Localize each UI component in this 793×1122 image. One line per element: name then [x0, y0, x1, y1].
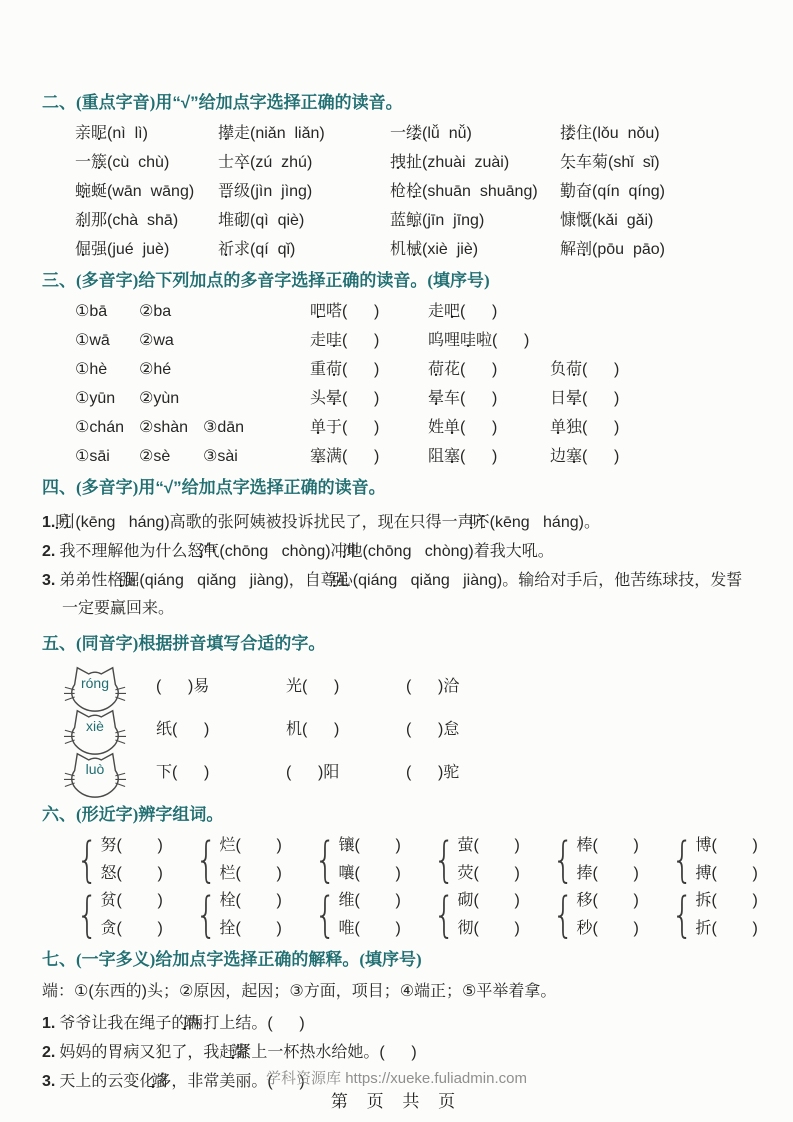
pair-words: 移( )秒( ) [577, 891, 639, 939]
pinyin-choice-grid: 亲昵(nì lì)撵走(niǎn liǎn)一缕(lǚ nǚ)搂住(lǒu nǒ… [42, 124, 753, 260]
sentence-number: 3. [42, 572, 55, 589]
pinyin-choice-item: 祈求(qí qǐ) [218, 240, 390, 260]
brace-icon: { [195, 891, 217, 939]
word-blank: 荷花( ) [428, 360, 550, 380]
dotted-character: 勤 [560, 182, 576, 202]
pinyin-option: ②wa [139, 331, 201, 351]
option-list: ①yūn②yùn [75, 389, 310, 409]
cat-pinyin-badge: xiè [64, 708, 126, 751]
dotted-character: 荷 [326, 360, 342, 380]
dotted-character: 祈 [218, 240, 234, 260]
compare-pair: {贫( )贪( ) [72, 891, 191, 939]
polyphone-rows: ①bā②ba吧嗒( )走吧( )①wā②wa走哇( )呜哩哇啦( )①hè②hé… [42, 302, 753, 467]
dotted-character: 拽 [390, 153, 406, 173]
pinyin-choice-item: 枪栓(shuān shuāng) [390, 182, 560, 202]
cat-pinyin-label: xiè [64, 718, 126, 734]
option-list: ①hè②hé [75, 360, 310, 380]
pair-words: 烂( )栏( ) [220, 836, 282, 884]
section-number: 二、 [42, 93, 76, 112]
word-blank: 塞满( ) [310, 447, 428, 467]
dotted-character: 蜿 [75, 182, 91, 202]
cat-pinyin-label: róng [64, 675, 126, 691]
dotted-character: 栓 [406, 182, 422, 202]
compare-pair: {棒( )捧( ) [548, 836, 667, 884]
pinyin-option: ③sài [203, 447, 265, 467]
dotted-character: 卒 [234, 153, 250, 173]
homophone-row: luò下( )( )阳( )驼 [42, 751, 753, 794]
pair-top-word: 努( ) [101, 836, 163, 856]
page-footer: 学科资源库 https://xueke.fuliadmin.com 第 页 共 … [0, 1068, 793, 1114]
word-blank: 边塞( ) [550, 447, 753, 467]
pair-bottom-word: 嚷( ) [339, 864, 401, 884]
pair-top-word: 砌( ) [458, 891, 520, 911]
dotted-character: 单 [550, 418, 566, 438]
compare-pair: {拆( )折( ) [667, 891, 786, 939]
section-suffix: (填序号) [359, 950, 421, 969]
brace-icon: { [314, 836, 336, 884]
fill-character-blank: 光( ) [286, 677, 406, 697]
section-tag: (重点字音) [76, 93, 155, 112]
pinyin-choice-item: 蜿蜒(wān wāng) [75, 182, 218, 202]
dotted-character: 砌 [234, 211, 250, 231]
dotted-character: 晕 [326, 389, 342, 409]
sentence-item: 1.引吭(kēng háng)高歌的张阿姨被投诉扰民了，现在只得一声不吭(kēn… [42, 509, 753, 537]
pair-top-word: 拆( ) [696, 891, 758, 911]
footer-source-link: 学科资源库 https://xueke.fuliadmin.com [0, 1068, 793, 1090]
dotted-character: 晕 [566, 389, 582, 409]
pair-top-word: 贫( ) [101, 891, 163, 911]
pinyin-choice-item: 刹那(chà shā) [75, 211, 218, 231]
sentence-number: 1. [42, 1015, 55, 1032]
brace-icon: { [76, 836, 98, 884]
word-blank: 重荷( ) [310, 360, 428, 380]
footer-page-label: 第 页 共 页 [0, 1090, 793, 1114]
pair-bottom-word: 彻( ) [458, 919, 520, 939]
dotted-character: 搂 [560, 124, 576, 144]
pair-top-word: 维( ) [339, 891, 401, 911]
pinyin-option: ②yùn [139, 389, 201, 409]
pair-bottom-word: 贪( ) [101, 919, 163, 939]
pinyin-choice-item: 勤奋(qín qíng) [560, 182, 753, 202]
pair-bottom-word: 折( ) [696, 919, 758, 939]
option-list: ①wā②wa [75, 331, 310, 351]
pair-top-word: 栓( ) [220, 891, 282, 911]
polyphone-row: ①yūn②yùn头晕( )晕车( )日晕( ) [42, 389, 753, 409]
pinyin-choice-item: 士卒(zú zhú) [218, 153, 390, 173]
polyphone-row: ①sāi②sè③sài塞满( )阻塞( )边塞( ) [42, 447, 753, 467]
sentence-list: 1.引吭(kēng háng)高歌的张阿姨被投诉扰民了，现在只得一声不吭(kēn… [42, 509, 753, 623]
pinyin-option: ①yūn [75, 389, 137, 409]
section-heading: 六、(形近字)辨字组词。 [42, 804, 753, 826]
dotted-character: 单 [444, 418, 460, 438]
pair-bottom-word: 荧( ) [458, 864, 520, 884]
dotted-character: 剖 [576, 240, 592, 260]
dotted-character: 撵 [218, 124, 234, 144]
dotted-character: 荷 [428, 360, 444, 380]
worksheet-page: 二、(重点字音)用“√”给加点字选择正确的读音。 亲昵(nì lì)撵走(niǎ… [0, 0, 793, 1122]
pair-words: 博( )搏( ) [696, 836, 758, 884]
pair-row: {努( )怒( ){烂( )栏( ){镶( )嚷( ){萤( )荧( ){棒( … [42, 836, 753, 884]
brace-icon: { [76, 891, 98, 939]
pair-bottom-word: 怒( ) [101, 864, 163, 884]
section-instruction: 给下列加点的多音字选择正确的读音。 [138, 271, 427, 290]
sentence-item: 3.弟弟性格倔强(qiáng qiǎng jiàng)，自尊心强(qiáng q… [42, 567, 753, 623]
pair-words: 砌( )彻( ) [458, 891, 520, 939]
pinyin-choice-item: 解剖(pōu pāo) [560, 240, 753, 260]
dotted-character: 刹 [75, 211, 91, 231]
compare-pair: {博( )搏( ) [667, 836, 786, 884]
pair-top-word: 镶( ) [339, 836, 401, 856]
sentence-number: 2. [42, 1044, 55, 1061]
section-similar-characters: 六、(形近字)辨字组词。 {努( )怒( ){烂( )栏( ){镶( )嚷( )… [42, 804, 753, 939]
pair-words: 棒( )捧( ) [577, 836, 639, 884]
pair-bottom-word: 秒( ) [577, 919, 639, 939]
pinyin-choice-item: 撵走(niǎn liǎn) [218, 124, 390, 144]
brace-icon: { [552, 891, 574, 939]
section-number: 六、 [42, 805, 76, 824]
pair-top-word: 萤( ) [458, 836, 520, 856]
fill-character-blank: ( )阳 [286, 763, 406, 783]
brace-icon: { [671, 836, 693, 884]
polyphone-row: ①wā②wa走哇( )呜哩哇啦( ) [42, 331, 753, 351]
section-heading: 四、(多音字)用“√”给加点字选择正确的读音。 [42, 477, 753, 499]
pair-top-word: 移( ) [577, 891, 639, 911]
section-polyphone-tick: 四、(多音字)用“√”给加点字选择正确的读音。 1.引吭(kēng háng)高… [42, 477, 753, 623]
pinyin-choice-item: 矢车菊(shǐ sǐ) [560, 153, 753, 173]
polyphone-row: ①bā②ba吧嗒( )走吧( ) [42, 302, 753, 322]
dotted-character: 昵 [91, 124, 107, 144]
pair-bottom-word: 栏( ) [220, 864, 282, 884]
section-homophones: 五、(同音字)根据拼音填写合适的字。 róng( )易光( )( )洽xiè纸(… [42, 633, 753, 794]
section-key-pronunciation: 二、(重点字音)用“√”给加点字选择正确的读音。 亲昵(nì lì)撵走(niǎ… [42, 92, 753, 260]
dotted-character: 吧 [444, 302, 460, 322]
dotted-character: 哇 [326, 331, 342, 351]
cat-pinyin-badge: róng [64, 665, 126, 708]
pinyin-choice-item: 倔强(jué juè) [75, 240, 218, 260]
cat-pinyin-label: luò [64, 761, 126, 777]
word-blank: 呜哩哇啦( ) [428, 331, 550, 351]
homophone-rows: róng( )易光( )( )洽xiè纸( )机( )( )怠luò下( )( … [42, 665, 753, 794]
pinyin-choice-item: 拽扯(zhuài zuài) [390, 153, 560, 173]
pinyin-choice-item: 一簇(cù chù) [75, 153, 218, 173]
brace-icon: { [433, 891, 455, 939]
dotted-character: 晕 [428, 389, 444, 409]
fill-character-blank: ( )洽 [406, 677, 753, 697]
section-tag: (一字多义) [76, 950, 155, 969]
sentence-item: 2.我不理解他为什么怒气冲(chōng chòng)冲地冲(chōng chòn… [42, 538, 753, 566]
dotted-character: 缕 [406, 124, 422, 144]
homophone-row: xiè纸( )机( )( )怠 [42, 708, 753, 751]
dotted-character: 慨 [576, 211, 592, 231]
compare-pair: {砌( )彻( ) [429, 891, 548, 939]
section-tag: (多音字) [76, 478, 138, 497]
pair-bottom-word: 唯( ) [339, 919, 401, 939]
option-list: ①bā②ba [75, 302, 310, 322]
brace-icon: { [433, 836, 455, 884]
brace-icon: { [671, 891, 693, 939]
section-heading: 七、(一字多义)给加点字选择正确的解释。(填序号) [42, 949, 753, 971]
homophone-row: róng( )易光( )( )洽 [42, 665, 753, 708]
option-list: ①chán②shàn③dān [75, 418, 310, 438]
word-blank: 走吧( ) [428, 302, 550, 322]
pair-bottom-word: 搏( ) [696, 864, 758, 884]
dotted-character: 倔 [75, 240, 91, 260]
section-number: 四、 [42, 478, 76, 497]
pinyin-option: ①bā [75, 302, 137, 322]
pinyin-option: ②sè [139, 447, 201, 467]
compare-pair: {维( )唯( ) [310, 891, 429, 939]
section-heading: 五、(同音字)根据拼音填写合适的字。 [42, 633, 753, 655]
section-tag: (同音字) [76, 634, 138, 653]
dotted-character: 矢 [560, 153, 576, 173]
brace-icon: { [552, 836, 574, 884]
polyphone-row: ①hè②hé重荷( )荷花( )负荷( ) [42, 360, 753, 380]
brace-icon: { [314, 891, 336, 939]
dotted-character: 塞 [310, 447, 326, 467]
pinyin-option: ②hé [139, 360, 201, 380]
section-instruction: 辨字组词。 [138, 805, 223, 824]
section-heading: 三、(多音字)给下列加点的多音字选择正确的读音。(填序号) [42, 270, 753, 292]
sentence-item: 1.爷爷让我在绳子的两端打上结。( ) [42, 1010, 753, 1038]
fill-character-blank: 下( ) [156, 763, 286, 783]
sentence-number: 2. [42, 543, 55, 560]
pinyin-option: ③dān [203, 418, 265, 438]
pinyin-option: ②shàn [139, 418, 201, 438]
dotted-character: 荷 [566, 360, 582, 380]
section-instruction: 给加点字选择正确的解释。 [155, 950, 359, 969]
dotted-character: 吧 [310, 302, 326, 322]
pair-top-word: 烂( ) [220, 836, 282, 856]
character-pair-rows: {努( )怒( ){烂( )栏( ){镶( )嚷( ){萤( )荧( ){棒( … [42, 836, 753, 939]
section-number: 五、 [42, 634, 76, 653]
brace-icon: { [195, 836, 217, 884]
dotted-character: 塞 [566, 447, 582, 467]
word-blank: 日晕( ) [550, 389, 753, 409]
dotted-character: 鲸 [406, 211, 422, 231]
pinyin-choice-item: 亲昵(nì lì) [75, 124, 218, 144]
pair-bottom-word: 拴( ) [220, 919, 282, 939]
pinyin-choice-item: 慷慨(kǎi gǎi) [560, 211, 753, 231]
section-polyphone-number: 三、(多音字)给下列加点的多音字选择正确的读音。(填序号) ①bā②ba吧嗒( … [42, 270, 753, 467]
dotted-character: 械 [406, 240, 422, 260]
pair-words: 拆( )折( ) [696, 891, 758, 939]
pinyin-option: ②ba [139, 302, 201, 322]
compare-pair: {栓( )拴( ) [191, 891, 310, 939]
compare-pair: {烂( )栏( ) [191, 836, 310, 884]
dotted-character: 哇 [460, 331, 476, 351]
word-blank: 单独( ) [550, 418, 753, 438]
word-blank: 吧嗒( ) [310, 302, 428, 322]
word-blank: 负荷( ) [550, 360, 753, 380]
section-instruction: 用“√”给加点字选择正确的读音。 [138, 478, 385, 497]
pinyin-option: ①chán [75, 418, 137, 438]
section-instruction: 用“√”给加点字选择正确的读音。 [155, 93, 402, 112]
compare-pair: {萤( )荧( ) [429, 836, 548, 884]
fill-character-blank: 机( ) [286, 720, 406, 740]
sentence-item: 2.妈妈的胃病又犯了，我赶紧端上一杯热水给她。( ) [42, 1039, 753, 1067]
definition-line: 端：①(东西的)头；②原因，起因；③方面，项目；④端正；⑤平举着拿。 [42, 981, 753, 1003]
fill-character-blank: 纸( ) [156, 720, 286, 740]
pair-bottom-word: 捧( ) [577, 864, 639, 884]
compare-pair: {镶( )嚷( ) [310, 836, 429, 884]
pinyin-choice-item: 堆砌(qì qiè) [218, 211, 390, 231]
polyphone-row: ①chán②shàn③dān单于( )姓单( )单独( ) [42, 418, 753, 438]
sentence-number: 1. [42, 514, 55, 531]
pinyin-choice-item: 一缕(lǚ nǚ) [390, 124, 560, 144]
pair-words: 镶( )嚷( ) [339, 836, 401, 884]
pinyin-choice-item: 晋级(jìn jìng) [218, 182, 390, 202]
pair-words: 栓( )拴( ) [220, 891, 282, 939]
pair-top-word: 博( ) [696, 836, 758, 856]
pinyin-option: ①wā [75, 331, 137, 351]
word-blank: 单于( ) [310, 418, 428, 438]
dotted-character: 单 [310, 418, 326, 438]
section-suffix: (填序号) [427, 271, 489, 290]
section-number: 七、 [42, 950, 76, 969]
pinyin-choice-item: 搂住(lǒu nǒu) [560, 124, 753, 144]
compare-pair: {努( )怒( ) [72, 836, 191, 884]
word-blank: 姓单( ) [428, 418, 550, 438]
pair-words: 维( )唯( ) [339, 891, 401, 939]
dotted-character: 塞 [444, 447, 460, 467]
pair-top-word: 棒( ) [577, 836, 639, 856]
word-blank: 头晕( ) [310, 389, 428, 409]
section-instruction: 根据拼音填写合适的字。 [138, 634, 325, 653]
dotted-character: 晋 [218, 182, 234, 202]
word-blank: 晕车( ) [428, 389, 550, 409]
fill-character-blank: ( )怠 [406, 720, 753, 740]
section-tag: (形近字) [76, 805, 138, 824]
pair-words: 努( )怒( ) [101, 836, 163, 884]
section-tag: (多音字) [76, 271, 138, 290]
fill-character-blank: ( )驼 [406, 763, 753, 783]
compare-pair: {移( )秒( ) [548, 891, 667, 939]
dotted-character: 簇 [91, 153, 107, 173]
pair-row: {贫( )贪( ){栓( )拴( ){维( )唯( ){砌( )彻( ){移( … [42, 891, 753, 939]
cat-pinyin-badge: luò [64, 751, 126, 794]
section-heading: 二、(重点字音)用“√”给加点字选择正确的读音。 [42, 92, 753, 114]
section-number: 三、 [42, 271, 76, 290]
pinyin-option: ①sāi [75, 447, 137, 467]
pinyin-option: ①hè [75, 360, 137, 380]
fill-character-blank: ( )易 [156, 677, 286, 697]
pair-words: 贫( )贪( ) [101, 891, 163, 939]
option-list: ①sāi②sè③sài [75, 447, 310, 467]
pinyin-choice-item: 蓝鲸(jīn jīng) [390, 211, 560, 231]
pinyin-choice-item: 机械(xiè jiè) [390, 240, 560, 260]
word-blank: 阻塞( ) [428, 447, 550, 467]
pair-words: 萤( )荧( ) [458, 836, 520, 884]
word-blank: 走哇( ) [310, 331, 428, 351]
